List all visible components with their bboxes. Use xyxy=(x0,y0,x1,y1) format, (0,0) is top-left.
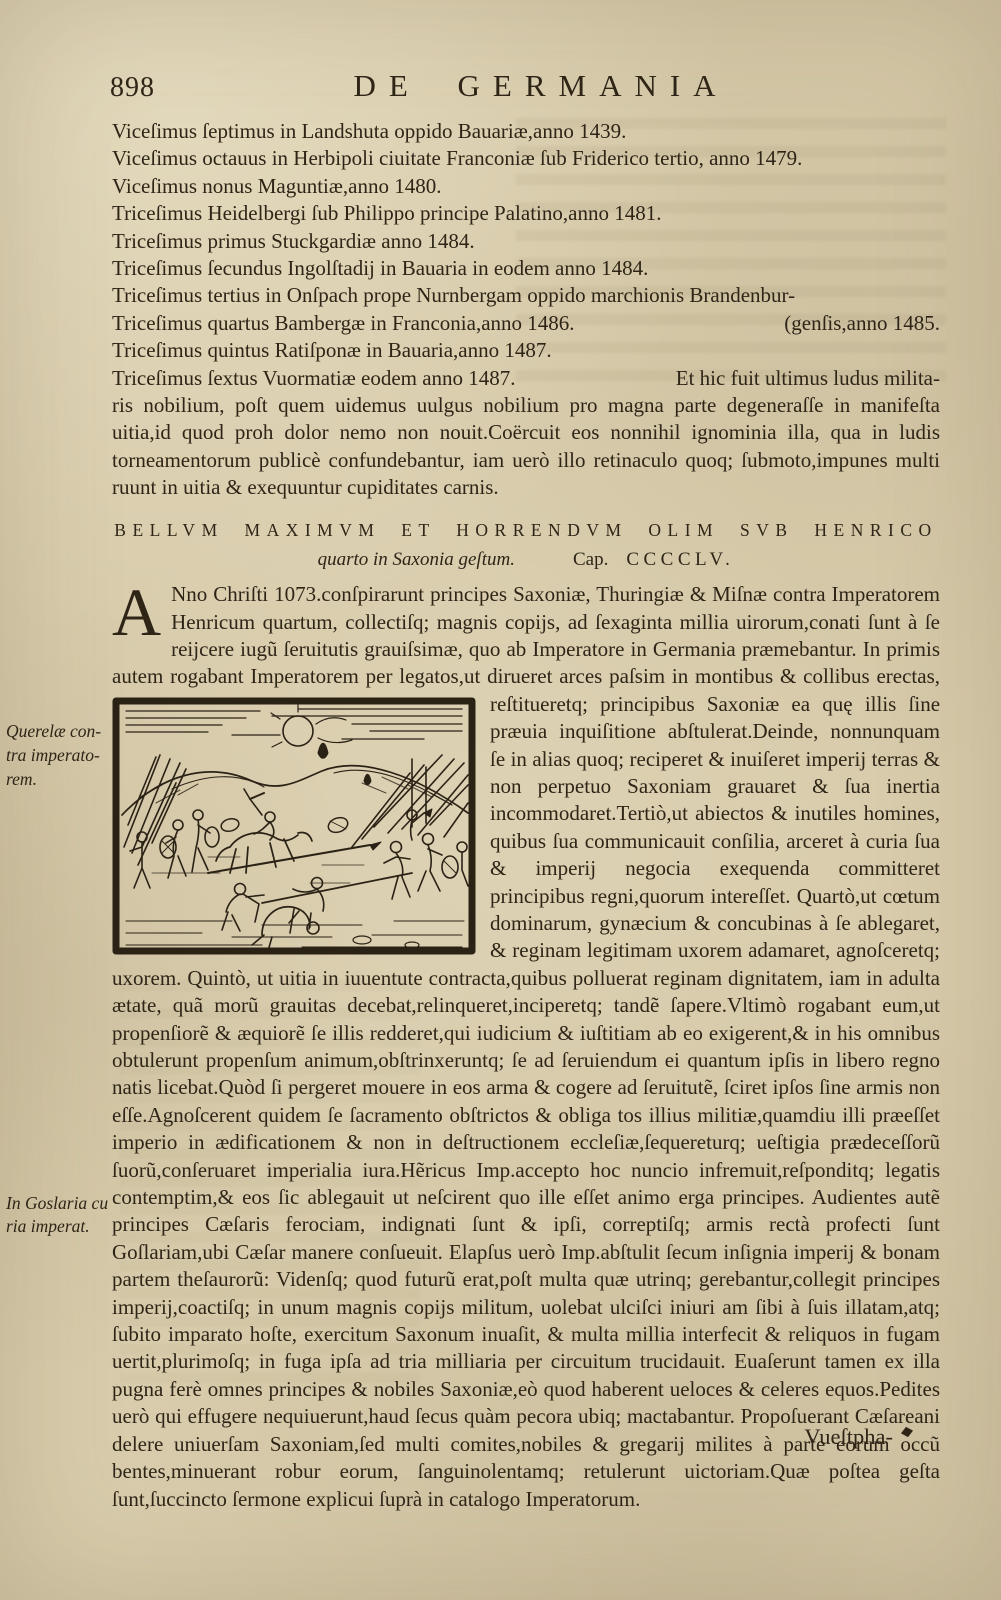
chapter-title: BELLVM MAXIMVM ET HORRENDVM OLIM SVB HEN… xyxy=(112,517,940,544)
chapter-number-value: CCCCLV. xyxy=(626,548,734,572)
book-page: 898 DE GERMANIA Viceſimus ſeptimus in La… xyxy=(0,0,1001,1600)
chapter-subtitle-italic: quarto in Saxonia geſtum. xyxy=(318,548,515,572)
text-block: Viceſimus ſeptimus in Landshuta oppido B… xyxy=(112,118,940,1513)
list-item-left: Triceſimus ſextus Vuormatiæ eodem anno 1… xyxy=(112,365,516,392)
list-item: Viceſimus octauus in Herbipoli ciuitate … xyxy=(112,145,940,172)
tournament-list: Viceſimus ſeptimus in Landshuta oppido B… xyxy=(112,118,940,502)
catchword: Vueſtpha- xyxy=(804,1424,893,1450)
chapter-number: Cap. CCCCLV. xyxy=(573,548,734,572)
list-item: Triceſimus Heidelbergi ſub Philippo prin… xyxy=(112,200,940,227)
catchword-row: Vueſtpha- xyxy=(804,1424,911,1450)
list-item-left: Triceſimus quartus Bambergæ in Franconia… xyxy=(112,310,575,337)
list-item: Viceſimus ſeptimus in Landshuta oppido B… xyxy=(112,118,940,145)
margin-note-goslaria: In Goslaria cu ria imperat. xyxy=(6,1192,122,1238)
list-item-turnover: (genſis,anno 1485. xyxy=(784,310,940,337)
running-title: DE GERMANIA xyxy=(112,68,940,104)
list-item: Triceſimus ſecundus Ingolſtadij in Bauar… xyxy=(112,255,940,282)
list-item-continuation: Et hic fuit ultimus ludus milita- xyxy=(676,365,940,392)
list-item: Triceſimus ſextus Vuormatiæ eodem anno 1… xyxy=(112,365,940,392)
battle-woodcut-illustration xyxy=(112,697,476,955)
list-item: Triceſimus quintus Ratiſponæ in Bauaria,… xyxy=(112,337,940,364)
dropcap-initial: A xyxy=(112,581,171,638)
list-item: Viceſimus nonus Maguntiæ,anno 1480. xyxy=(112,173,940,200)
list-closing-paragraph: ris nobilium, poſt quem uidemus uulgus n… xyxy=(112,392,940,502)
list-item: Triceſimus tertius in Onſpach prope Nurn… xyxy=(112,282,940,309)
chapter-body: A Nno Chriſti 1073.conſpirarunt principe… xyxy=(112,581,940,1513)
margin-note-querelae: Querelæ con- tra imperato- rem. xyxy=(6,719,112,791)
chapter-paragraph-opening: Nno Chriſti 1073.conſpirarunt principes … xyxy=(112,582,940,716)
list-item: Triceſimus quartus Bambergæ in Franconia… xyxy=(112,310,940,337)
chapter-number-label: Cap. xyxy=(573,548,608,572)
chapter-heading: BELLVM MAXIMVM ET HORRENDVM OLIM SVB HEN… xyxy=(112,517,940,572)
chapter-subtitle: quarto in Saxonia geſtum. Cap. CCCCLV. xyxy=(112,548,940,572)
list-item: Triceſimus primus Stuckgardiæ anno 1484. xyxy=(112,228,940,255)
